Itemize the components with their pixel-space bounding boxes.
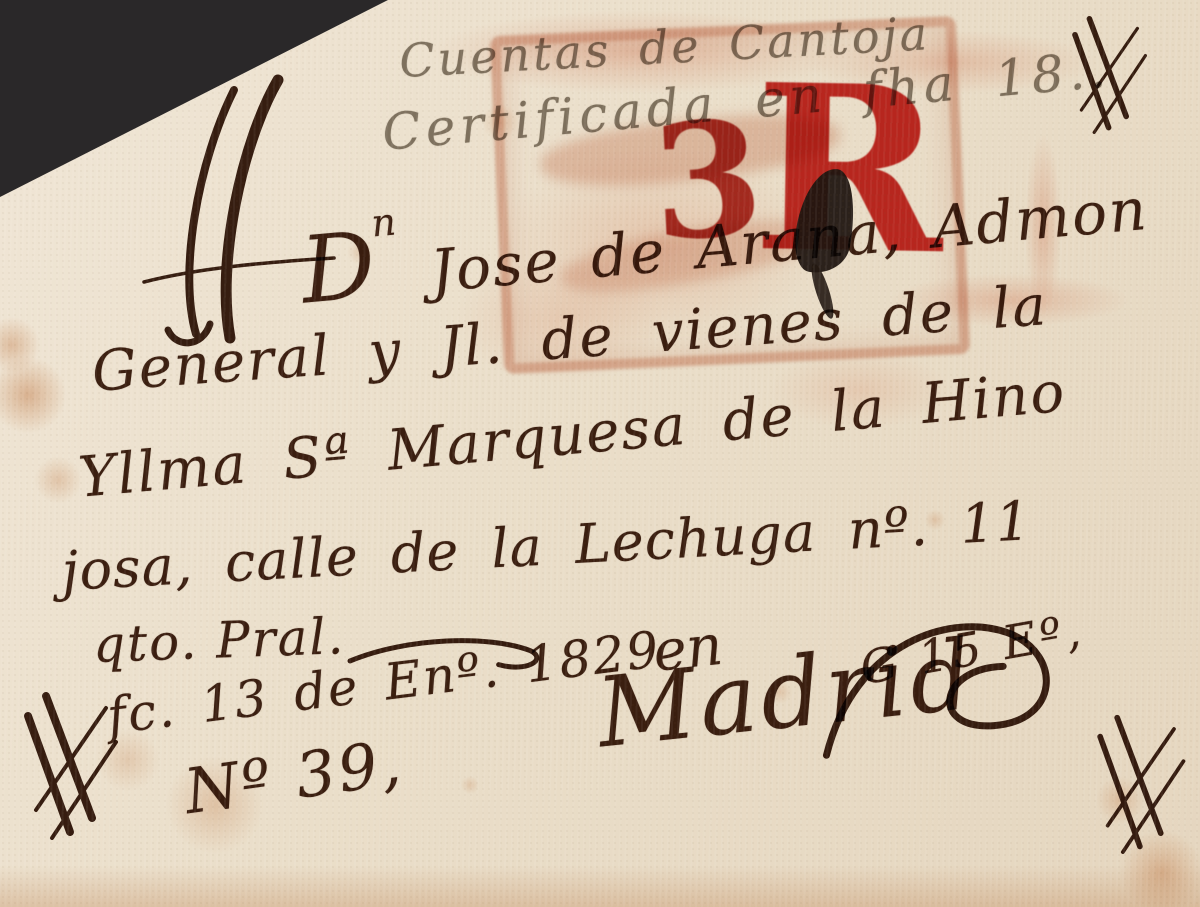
address-initial-d: D (297, 212, 380, 325)
crosshatch-mark-bottom-left (18, 686, 118, 844)
document-scan: Cuentas de Cantoja Certificada en fha 18… (0, 0, 1200, 907)
address-line-4: josa, calle de la Lechuga nº. 11 (60, 489, 1033, 603)
paper-sheet: Cuentas de Cantoja Certificada en fha 18… (0, 0, 1200, 907)
crosshatch-mark-top-right (1062, 14, 1152, 134)
crosshatch-mark-bottom-right (1088, 712, 1188, 854)
registry-number: Nº 39, (180, 725, 408, 828)
address-superscript-n: n (369, 199, 397, 245)
